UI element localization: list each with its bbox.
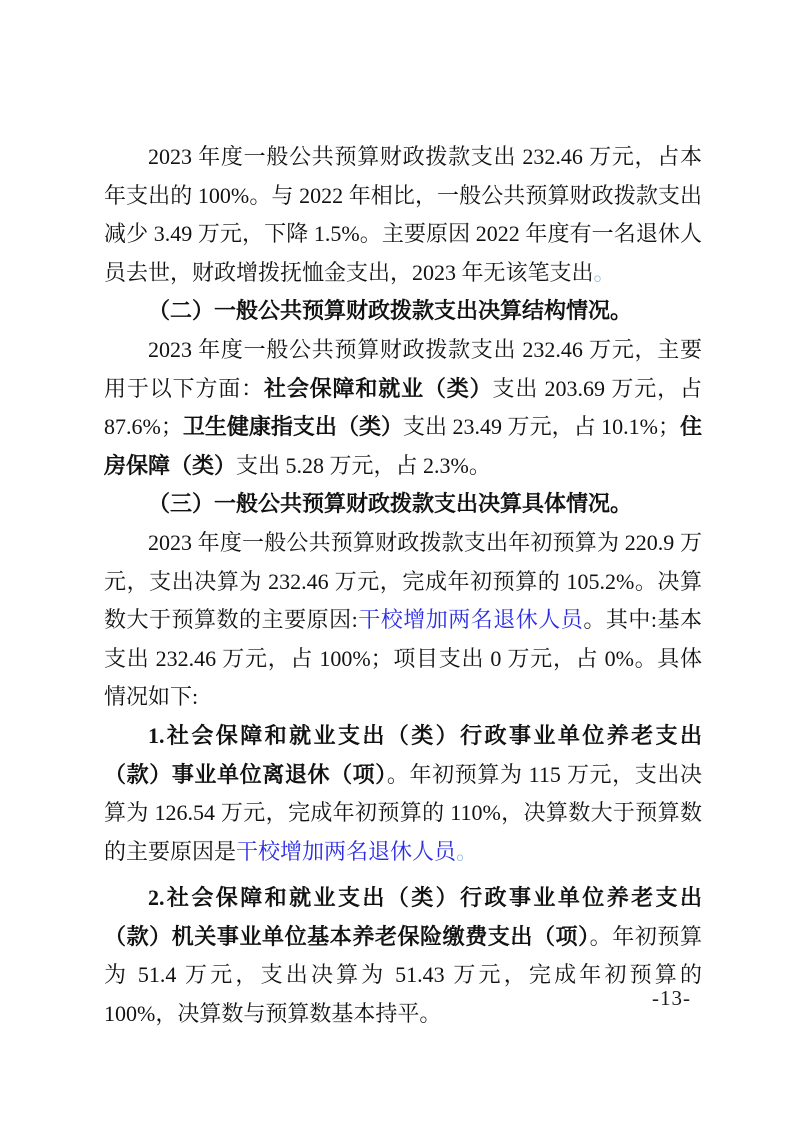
- text-segment-bold: （三）一般公共预算财政拨款支出决算具体情况。: [148, 491, 632, 516]
- paragraph-item-2-pension-insurance: 2.社会保障和就业支出（类）行政事业单位养老支出（款）机关事业单位基本养老保险缴…: [104, 879, 702, 1033]
- text-segment-lightblue: 。: [594, 260, 616, 285]
- paragraph-expenditure-structure: 2023 年度一般公共预算财政拨款支出 232.46 万元，主要用于以下方面：社…: [104, 331, 702, 485]
- section-heading-details: （三）一般公共预算财政拨款支出决算具体情况。: [104, 485, 702, 524]
- text-segment-normal: 支出 23.49 万元，占 10.1%；: [403, 414, 680, 439]
- text-segment-bold: （二）一般公共预算财政拨款支出决算结构情况。: [148, 298, 632, 323]
- paragraph-expenditure-details: 2023 年度一般公共预算财政拨款支出年初预算为 220.9 万元，支出决算为 …: [104, 524, 702, 717]
- document-body: 2023 年度一般公共预算财政拨款支出 232.46 万元，占本年支出的 100…: [104, 138, 702, 1034]
- text-segment-normal: 支出 5.28 万元，占 2.3%。: [236, 453, 491, 478]
- text-segment-lightblue: 。: [456, 839, 478, 864]
- section-heading-structure: （二）一般公共预算财政拨款支出决算结构情况。: [104, 292, 702, 331]
- text-segment-blue: 干校增加两名退休人员: [236, 839, 456, 864]
- text-segment-bold: 卫生健康指支出（类）: [183, 414, 403, 439]
- paragraph-budget-expenditure-overview: 2023 年度一般公共预算财政拨款支出 232.46 万元，占本年支出的 100…: [104, 138, 702, 292]
- page-number: -13-: [652, 986, 691, 1011]
- text-segment-bold: 社会保障和就业（类）: [264, 376, 493, 401]
- paragraph-item-1-retirement-expenditure: 1.社会保障和就业支出（类）行政事业单位养老支出（款）事业单位离退休（项）。年初…: [104, 717, 702, 871]
- document-page: 2023 年度一般公共预算财政拨款支出 232.46 万元，占本年支出的 100…: [0, 0, 793, 1122]
- text-segment-blue: 干校增加两名退休人员: [358, 607, 584, 632]
